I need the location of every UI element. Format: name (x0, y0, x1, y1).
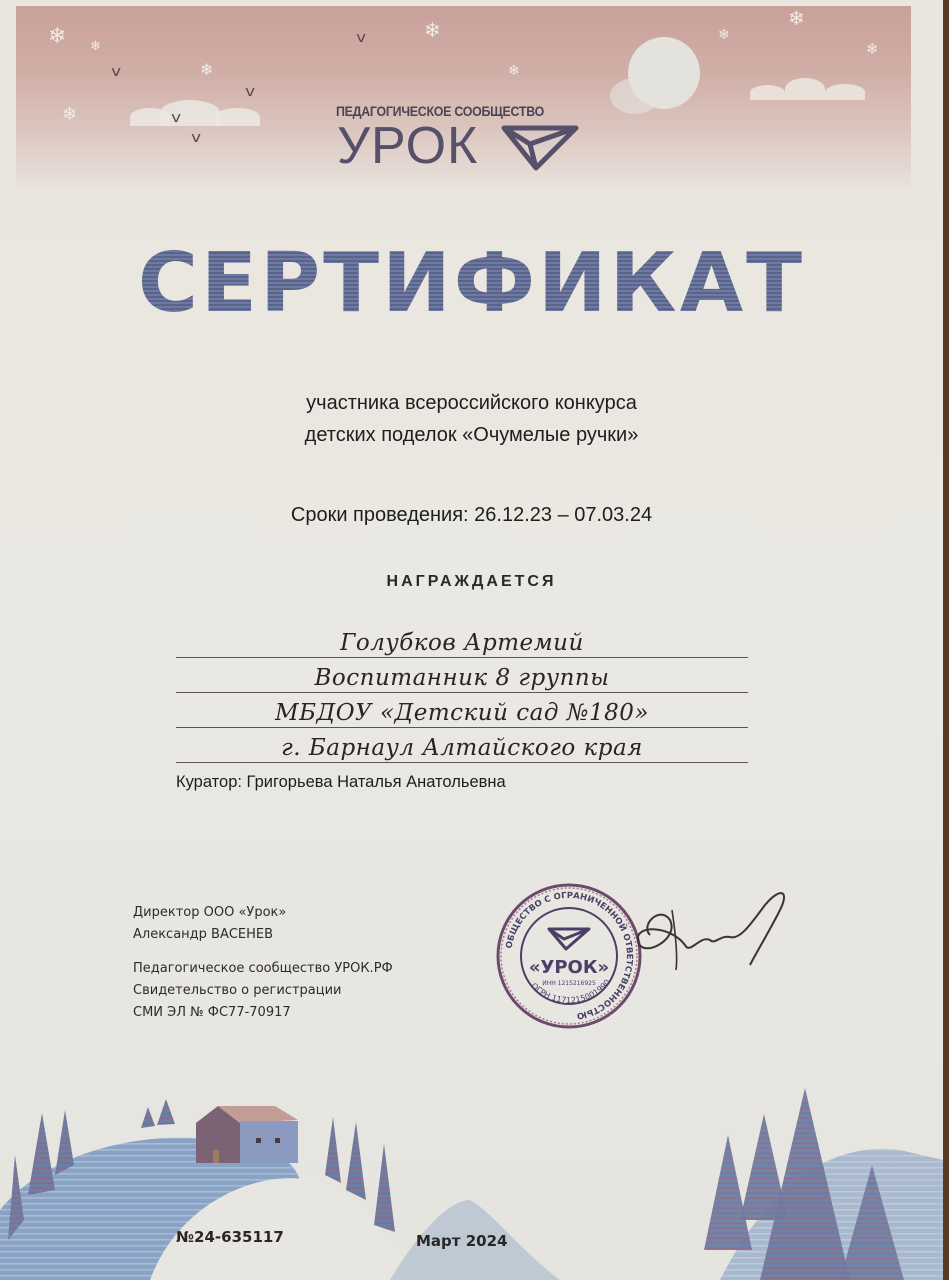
curator: Куратор: Григорьева Наталья Анатольевна (176, 773, 506, 792)
recipient-name: Голубков Артемий (176, 630, 748, 656)
signatory-block: Директор ООО «Урок» Александр ВАСЕНЕВ (133, 902, 286, 946)
recipient-role: Воспитанник 8 группы (176, 665, 748, 691)
certificate-title: СЕРТИФИКАТ (0, 236, 943, 331)
recipient-name-line: Голубков Артемий (176, 627, 748, 658)
participant-line-2: детских поделок «Очумелые ручки» (0, 424, 943, 447)
snowflake-icon: ❄ (424, 20, 441, 40)
bird-icon: v (245, 84, 255, 100)
bird-icon: v (356, 30, 366, 46)
cloud-decoration (785, 78, 825, 100)
recipient-city: г. Барнаул Алтайского края (176, 735, 748, 761)
cloud-decoration (750, 85, 785, 100)
cloud-decoration (215, 108, 260, 126)
awarded-label: НАГРАЖДАЕТСЯ (0, 573, 943, 591)
participant-line-1: участника всероссийского конкурса (0, 392, 943, 415)
bird-icon: v (111, 64, 121, 80)
paper-plane-icon (500, 124, 580, 172)
winter-landscape (0, 1080, 943, 1280)
stamp-center: «УРОК» (529, 957, 609, 978)
logo-name: УРОК (337, 116, 478, 176)
snowflake-icon: ❄ (508, 64, 520, 78)
recipient-role-line: Воспитанник 8 группы (176, 662, 748, 693)
certificate-number: №24-635117 (176, 1228, 284, 1246)
company-stamp: ОБЩЕСТВО С ОГРАНИЧЕННОЙ ОТВЕТСТВЕННОСТЬЮ… (494, 881, 644, 1031)
snowflake-icon: ❄ (62, 106, 77, 124)
bird-icon: v (191, 130, 201, 146)
moon-decoration (628, 37, 700, 109)
signatory-name: Александр ВАСЕНЕВ (133, 924, 286, 946)
director-signature (630, 885, 800, 985)
signatory-position: Директор ООО «Урок» (133, 902, 286, 924)
cloud-decoration (825, 84, 865, 100)
snowflake-icon: ❄ (866, 42, 879, 57)
bird-icon: v (171, 110, 181, 126)
recipient-city-line: г. Барнаул Алтайского края (176, 732, 748, 763)
snowflake-icon: ❄ (48, 26, 66, 48)
snowflake-icon: ❄ (788, 8, 805, 28)
stamp-inn: ИНН 1215216925 (542, 980, 596, 987)
certificate-page: ❄ ❄ ❄ ❄ ❄ ❄ ❄ ❄ ❄ v v v v v ПЕДАГОГИЧЕСК… (0, 0, 943, 1280)
snowflake-icon: ❄ (718, 28, 730, 42)
contest-dates: Сроки проведения: 26.12.23 – 07.03.24 (0, 504, 943, 527)
snowflake-icon: ❄ (90, 40, 101, 53)
snowflake-icon: ❄ (200, 62, 213, 78)
cloud-decoration (160, 100, 220, 126)
media-registration-id: СМИ ЭЛ № ФС77-70917 (133, 1002, 393, 1024)
registration-label: Свидетельство о регистрации (133, 980, 393, 1002)
recipient-institution: МБДОУ «Детский сад №180» (176, 700, 748, 726)
recipient-institution-line: МБДОУ «Детский сад №180» (176, 697, 748, 728)
paper-plane-icon (549, 929, 589, 949)
issue-date: Март 2024 (416, 1232, 507, 1250)
registration-block: Педагогическое сообщество УРОК.РФ Свидет… (133, 958, 393, 1024)
organization-name: Педагогическое сообщество УРОК.РФ (133, 958, 393, 980)
